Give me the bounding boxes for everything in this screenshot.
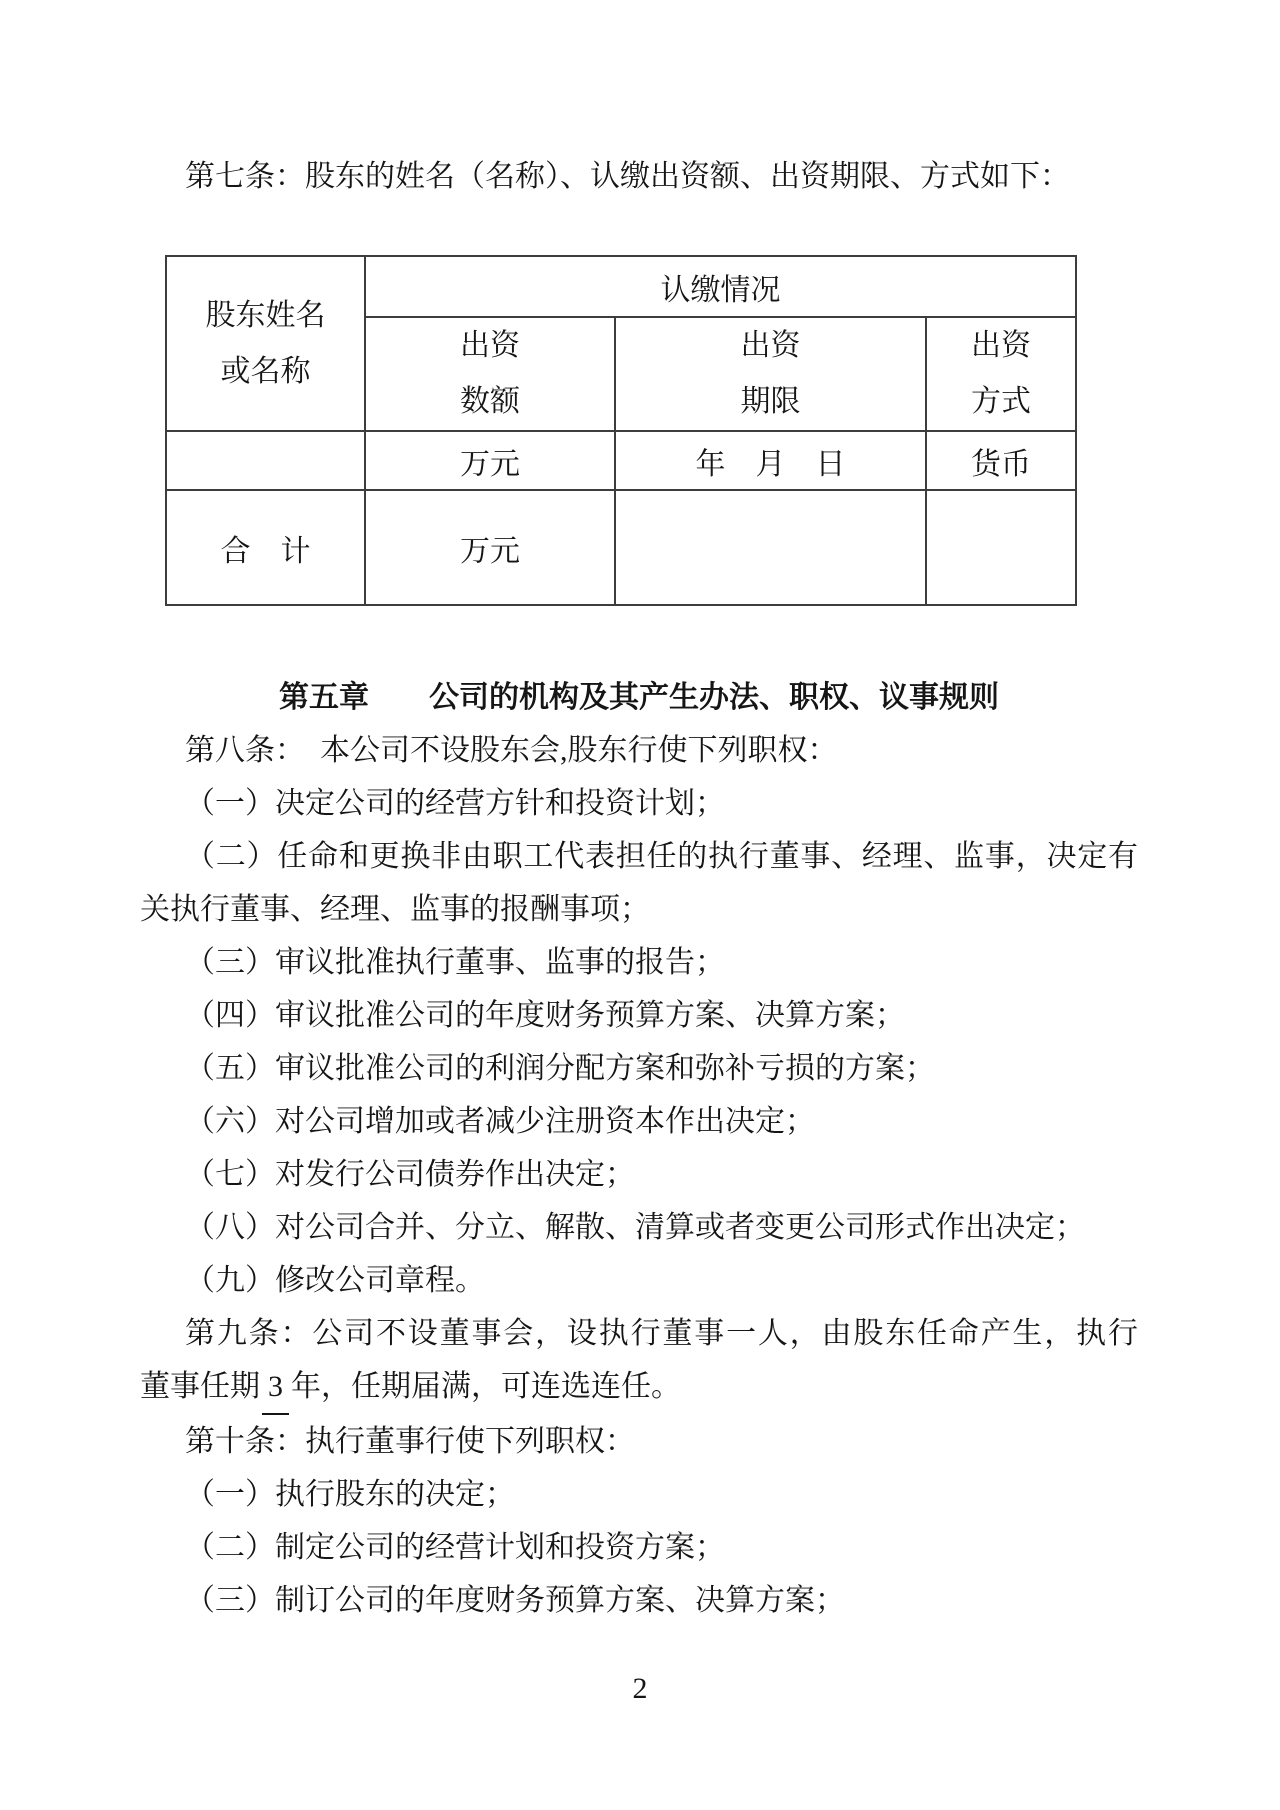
article-8-item-9: （九）修改公司章程。 [140, 1254, 1138, 1307]
deadline-header-line1: 出资 [616, 318, 925, 374]
total-label-cell: 合 计 [166, 490, 365, 605]
article-10-lead: 第十条：执行董事行使下列职权： [140, 1415, 1138, 1468]
shareholder-name-header-cell: 股东姓名 或名称 [166, 256, 365, 431]
total-deadline-empty-cell [615, 490, 926, 605]
term-years-value: 3 [262, 1360, 289, 1415]
capital-contribution-table: 股东姓名 或名称 认缴情况 出资 数额 出资 期限 出资 [165, 255, 1077, 606]
table-row-subscription-header: 股东姓名 或名称 认缴情况 [166, 256, 1076, 317]
article-10-item-1: （一）执行股东的决定； [140, 1468, 1138, 1521]
method-value-cell: 货币 [926, 431, 1076, 490]
article-8-item-8: （八）对公司合并、分立、解散、清算或者变更公司形式作出决定； [140, 1201, 1138, 1254]
amount-header-line2: 数额 [366, 374, 614, 430]
method-header-line2: 方式 [927, 374, 1075, 430]
article-8-item-1: （一）决定公司的经营方针和投资计划； [140, 777, 1138, 830]
contribution-amount-header-cell: 出资 数额 [365, 317, 615, 431]
document-body: 第七条：股东的姓名（名称）、认缴出资额、出资期限、方式如下： 股东姓名 或名称 … [140, 0, 1138, 1627]
contribution-deadline-header-cell: 出资 期限 [615, 317, 926, 431]
article-9-line2: 董事任期3年，任期届满，可连选连任。 [140, 1360, 1138, 1415]
article-10-item-3: （三）制订公司的年度财务预算方案、决算方案； [140, 1574, 1138, 1627]
shareholder-name-line2: 或名称 [167, 344, 364, 400]
article-10-item-2: （二）制定公司的经营计划和投资方案； [140, 1521, 1138, 1574]
contribution-method-header-cell: 出资 方式 [926, 317, 1076, 431]
article-8-item-5: （五）审议批准公司的利润分配方案和弥补亏损的方案； [140, 1042, 1138, 1095]
shareholder-name-empty-cell [166, 431, 365, 490]
article-9-line2-pre: 董事任期 [140, 1370, 260, 1403]
article-9-line2-post: 年，任期届满，可连选连任。 [291, 1370, 681, 1403]
article-8-item-3: （三）审议批准执行董事、监事的报告； [140, 936, 1138, 989]
article-8-lead: 第八条： 本公司不设股东会,股东行使下列职权： [140, 724, 1138, 777]
document-page: 第七条：股东的姓名（名称）、认缴出资额、出资期限、方式如下： 股东姓名 或名称 … [0, 0, 1280, 1810]
article-7-intro: 第七条：股东的姓名（名称）、认缴出资额、出资期限、方式如下： [140, 150, 1138, 203]
article-8-item-4: （四）审议批准公司的年度财务预算方案、决算方案； [140, 989, 1138, 1042]
chapter-5-heading: 第五章 公司的机构及其产生办法、职权、议事规则 [140, 671, 1138, 724]
page-number: 2 [0, 1672, 1280, 1706]
article-8-item-2-line2: 关执行董事、经理、监事的报酬事项； [140, 883, 1138, 936]
table-row-total: 合 计 万元 [166, 490, 1076, 605]
article-9-line1: 第九条：公司不设董事会，设执行董事一人，由股东任命产生，执行 [140, 1307, 1138, 1360]
amount-unit-cell: 万元 [365, 431, 615, 490]
article-8-item-6: （六）对公司增加或者减少注册资本作出决定； [140, 1095, 1138, 1148]
amount-header-line1: 出资 [366, 318, 614, 374]
shareholder-name-line1: 股东姓名 [167, 288, 364, 344]
table-row-units: 万元 年 月 日 货币 [166, 431, 1076, 490]
article-8-item-2-line1: （二）任命和更换非由职工代表担任的执行董事、经理、监事，决定有 [140, 830, 1138, 883]
deadline-header-line2: 期限 [616, 374, 925, 430]
total-amount-cell: 万元 [365, 490, 615, 605]
deadline-unit-cell: 年 月 日 [615, 431, 926, 490]
subscription-status-header-cell: 认缴情况 [365, 256, 1076, 317]
method-header-line1: 出资 [927, 318, 1075, 374]
article-8-item-7: （七）对发行公司债券作出决定； [140, 1148, 1138, 1201]
total-method-empty-cell [926, 490, 1076, 605]
